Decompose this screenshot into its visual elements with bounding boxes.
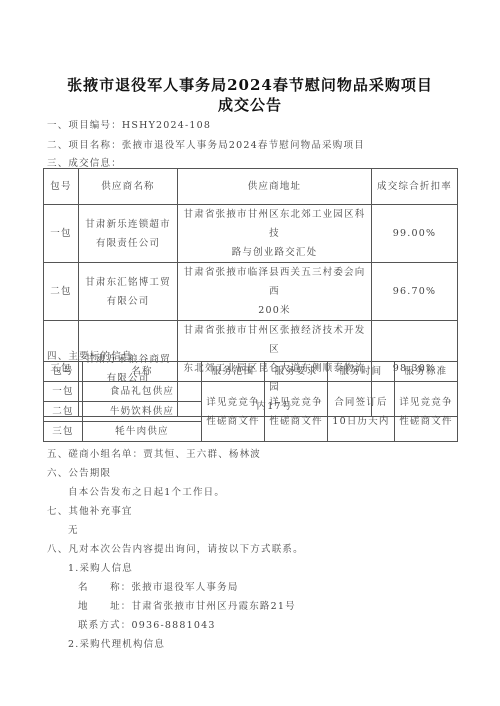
- col-header: 服务范围: [202, 362, 265, 382]
- col-header: 包号: [44, 169, 79, 205]
- purchaser-info-heading: 1.采购人信息: [68, 560, 133, 574]
- supplier-name-cell: 甘肃新乐连锁超市有限责任公司: [79, 205, 178, 263]
- section-deal-info: 三、成交信息：: [47, 155, 122, 169]
- supplier-address-cell: 甘肃省张掖市甘州区东北郊工业园区科技路与创业路交汇处: [178, 205, 372, 263]
- time-cell: 合同签订后10日历天内: [328, 382, 395, 442]
- project-number: 一、项目编号：HSHY2024-108: [47, 117, 211, 131]
- section-other-matters: 七、其他补充事宜: [47, 503, 133, 517]
- subject-table: 包号 名称 服务范围 服务要求 服务时间 服务标准 一包 食品礼包供应 详见竞竞…: [43, 361, 458, 442]
- agency-info-heading: 2.采购代理机构信息: [68, 636, 165, 650]
- rate-cell: 99.00%: [372, 205, 458, 263]
- col-header: 名称: [83, 362, 202, 382]
- table-row: 一包 甘肃新乐连锁超市有限责任公司 甘肃省张掖市甘州区东北郊工业园区科技路与创业…: [44, 205, 458, 263]
- col-header: 供应商名称: [79, 169, 178, 205]
- col-header: 成交综合折扣率: [372, 169, 458, 205]
- section-notice-period: 六、公告期限: [47, 465, 111, 479]
- announcement-page: 张掖市退役军人事务局2024春节慰问物品采购项目 成交公告 一、项目编号：HSH…: [0, 0, 500, 706]
- item-name-cell: 牦牛肉供应: [83, 422, 202, 442]
- section-subject-info: 四、主要标的信息: [47, 348, 133, 362]
- supplier-name-cell: 甘肃东汇铭博工贸有限公司: [79, 263, 178, 321]
- col-header: 包号: [44, 362, 83, 382]
- table-header-row: 包号 供应商名称 供应商地址 成交综合折扣率: [44, 169, 458, 205]
- item-name-cell: 牛奶饮料供应: [83, 402, 202, 422]
- section-contact: 八、凡对本次公告内容提出询问，请按以下方式联系。: [47, 541, 304, 555]
- col-header: 服务标准: [394, 362, 457, 382]
- pkg-cell: 一包: [44, 382, 83, 402]
- pkg-cell: 三包: [44, 422, 83, 442]
- requirement-cell: 详见竞竞争性磋商文件: [265, 382, 328, 442]
- purchaser-name: 名 称：张掖市退役军人事务局: [78, 579, 239, 593]
- col-header: 供应商地址: [178, 169, 372, 205]
- item-name-cell: 食品礼包供应: [83, 382, 202, 402]
- pkg-cell: 二包: [44, 402, 83, 422]
- rate-cell: 96.70%: [372, 263, 458, 321]
- supplier-address-cell: 甘肃省张掖市临泽县西关五三村委会向西200米: [178, 263, 372, 321]
- purchaser-contact: 联系方式：0936-8881043: [78, 617, 216, 631]
- standard-cell: 详见竞竞争性磋商文件: [394, 382, 457, 442]
- table-row: 一包 食品礼包供应 详见竞竞争性磋商文件 详见竞竞争性磋商文件 合同签订后10日…: [44, 382, 458, 402]
- panel-members: 五、磋商小组名单：贾其恒、王六群、杨林波: [47, 446, 261, 460]
- notice-period-body: 自本公告发布之日起1个工作日。: [68, 484, 225, 498]
- scope-cell: 详见竞竞争性磋商文件: [202, 382, 265, 442]
- project-name: 二、项目名称：张掖市退役军人事务局2024春节慰问物品采购项目: [47, 137, 365, 151]
- col-header: 服务时间: [328, 362, 395, 382]
- doc-subtitle: 成交公告: [0, 94, 500, 115]
- pkg-cell: 一包: [44, 205, 79, 263]
- table-row: 二包 甘肃东汇铭博工贸有限公司 甘肃省张掖市临泽县西关五三村委会向西200米 9…: [44, 263, 458, 321]
- table-header-row: 包号 名称 服务范围 服务要求 服务时间 服务标准: [44, 362, 458, 382]
- doc-title: 张掖市退役军人事务局2024春节慰问物品采购项目: [0, 74, 500, 95]
- pkg-cell: 二包: [44, 263, 79, 321]
- other-matters-body: 无: [68, 522, 79, 536]
- purchaser-address: 地 址：甘肃省张掖市甘州区丹霞东路21号: [78, 598, 296, 612]
- col-header: 服务要求: [265, 362, 328, 382]
